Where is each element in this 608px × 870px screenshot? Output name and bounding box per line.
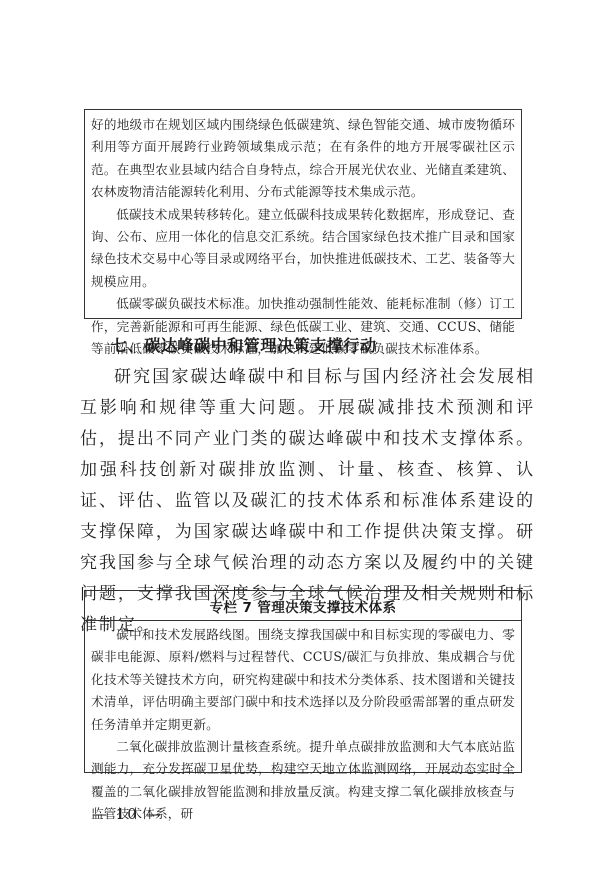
box1-paragraph-1: 好的地级市在规划区域内围绕绿色低碳建筑、绿色智能交通、城市废物循环利用等方面开展… [91,114,515,204]
section-heading: 七、碳达峰碳中和管理决策支撑行动 [111,333,377,356]
box-title: 专栏 7 管理决策支撑技术体系 [85,591,521,621]
page-number: — 10 — [92,805,163,823]
box2-paragraph-1: 碳中和技术发展路线图。围绕支撑我国碳中和目标实现的零碳电力、零碳非电能源、原料/… [91,624,515,736]
box-body: 碳中和技术发展路线图。围绕支撑我国碳中和目标实现的零碳电力、零碳非电能源、原料/… [85,621,521,826]
special-column-box-7: 专栏 7 管理决策支撑技术体系 碳中和技术发展路线图。围绕支撑我国碳中和目标实现… [84,590,522,773]
special-column-box-continued: 好的地级市在规划区域内围绕绿色低碳建筑、绿色智能交通、城市废物循环利用等方面开展… [84,109,522,319]
box1-paragraph-2: 低碳技术成果转移转化。建立低碳科技成果转化数据库，形成登记、查询、公布、应用一体… [91,204,515,294]
